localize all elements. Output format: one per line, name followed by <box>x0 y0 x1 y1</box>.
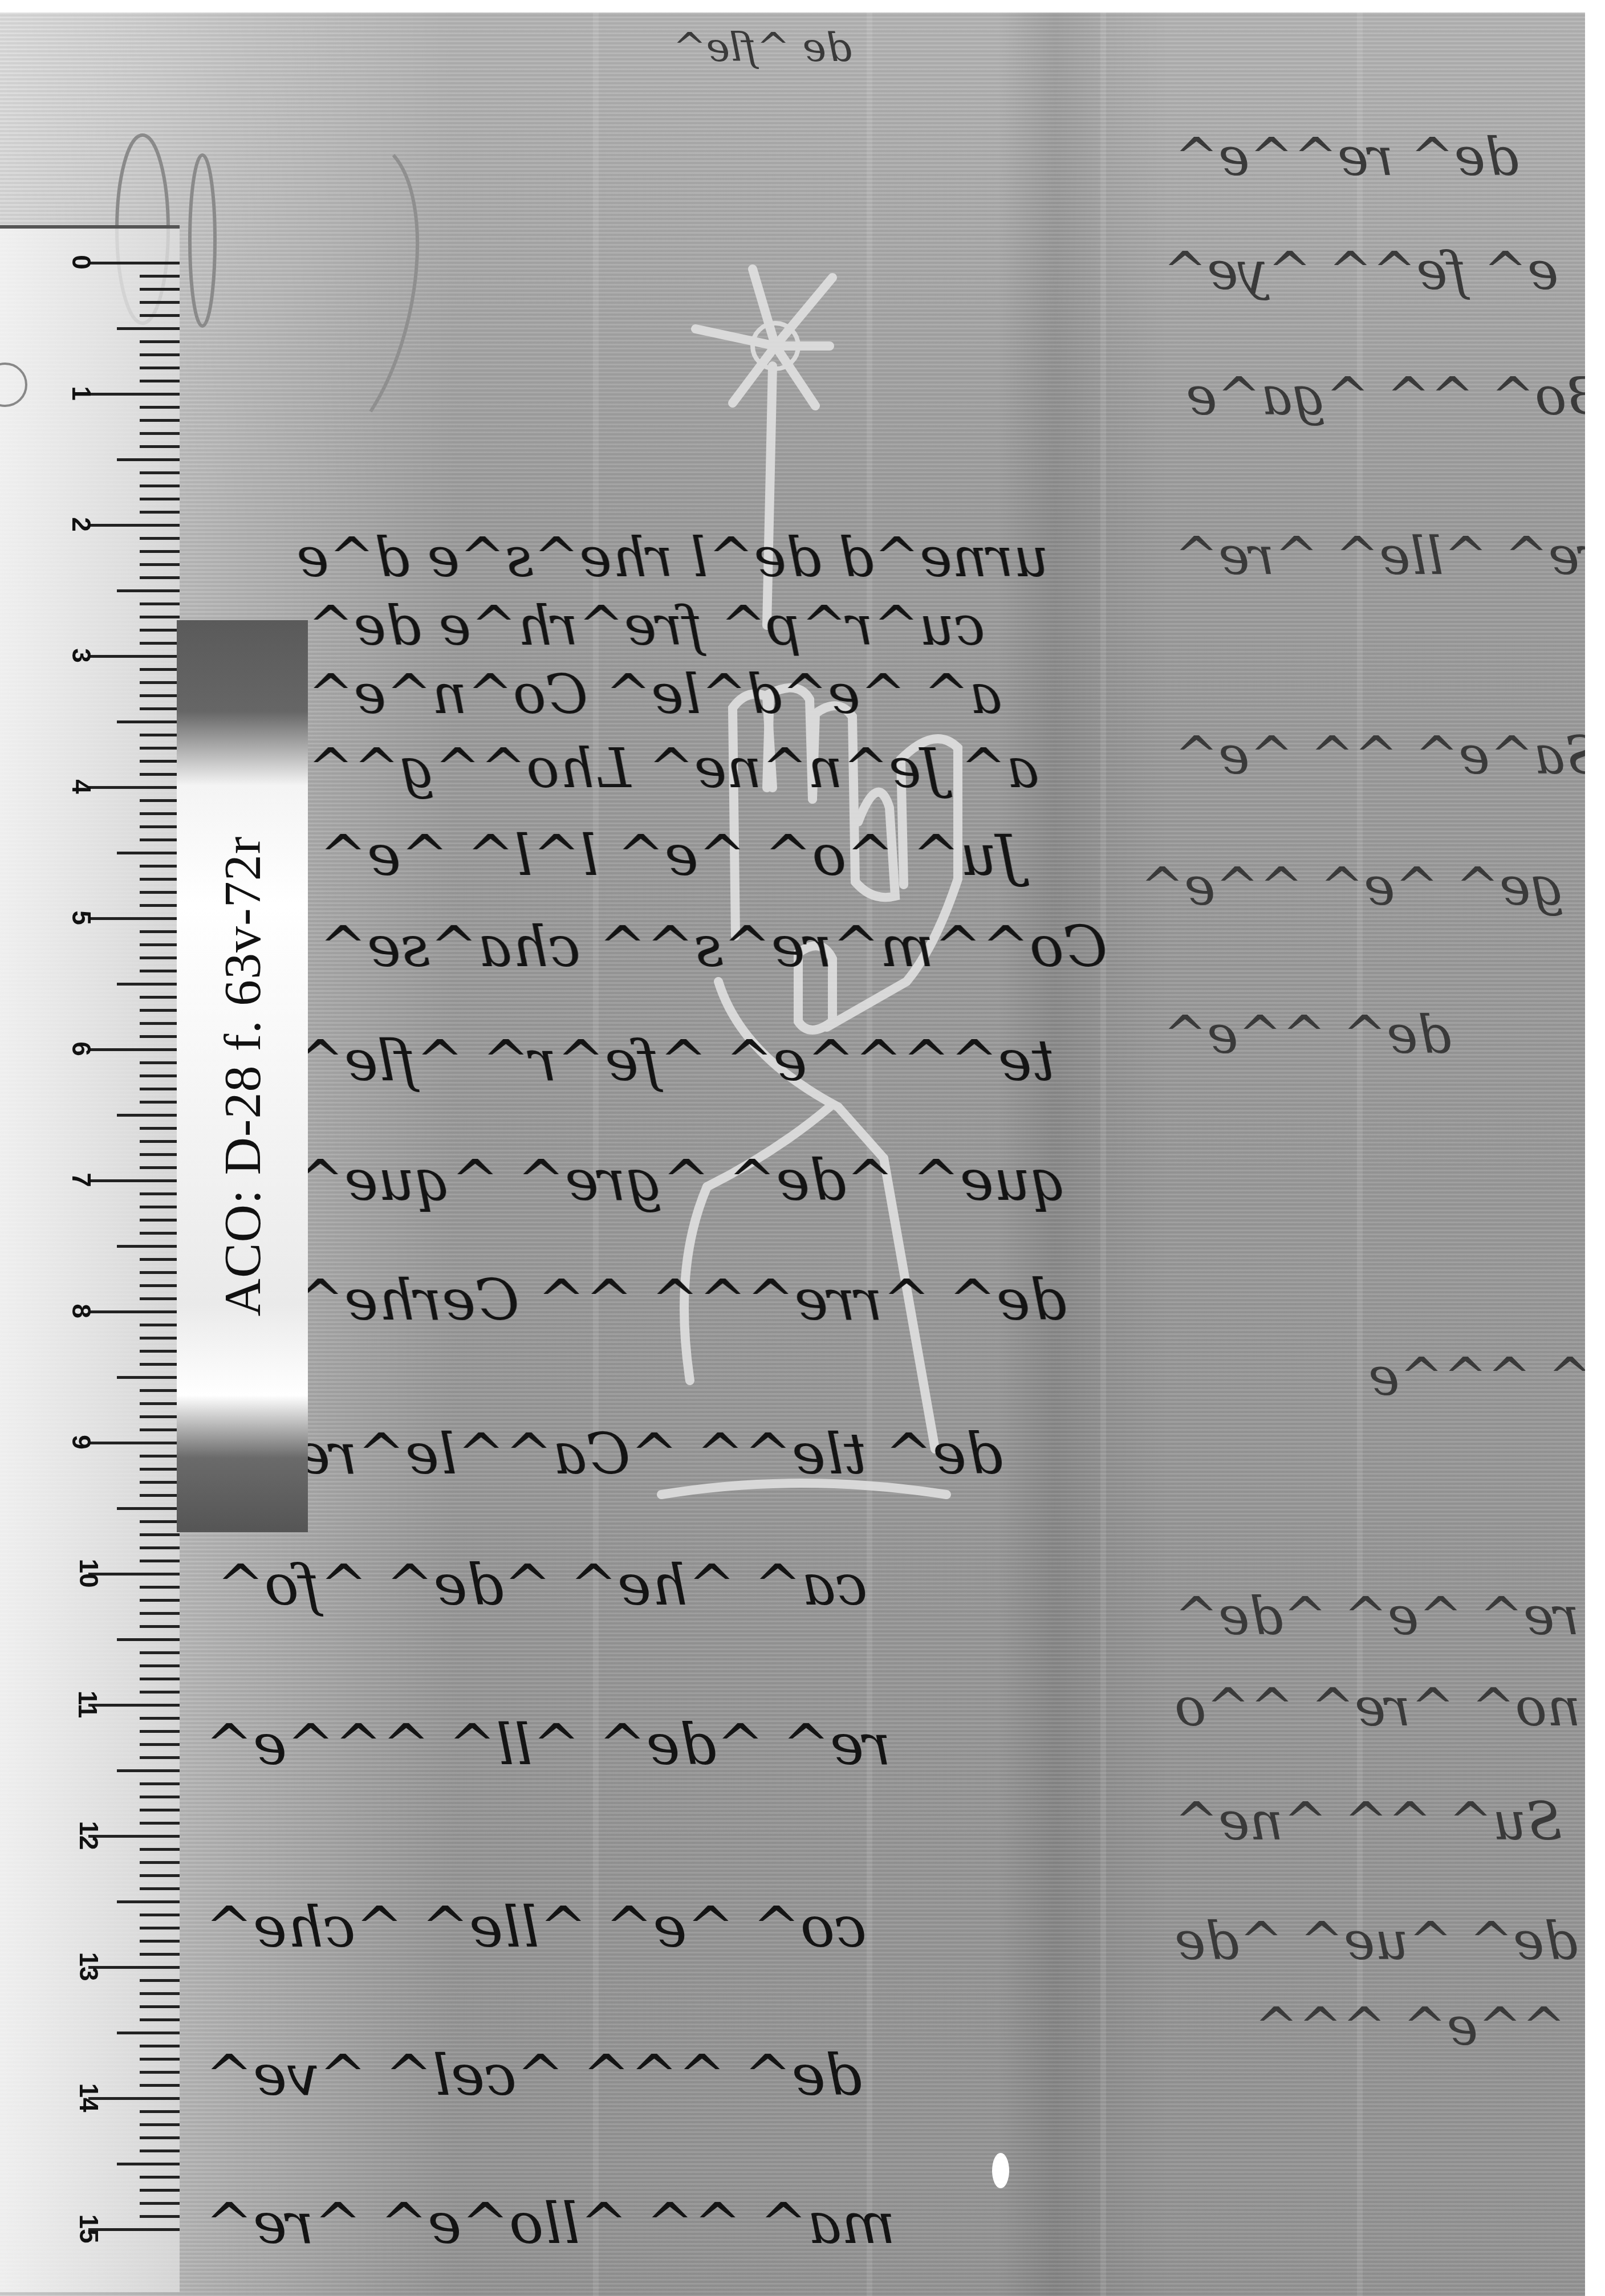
ruler-number: 2 <box>66 517 97 532</box>
ruler-tick <box>140 380 180 382</box>
ruler-tick <box>88 917 180 920</box>
handwriting-line: de^ tle^^ ^Ca^^le^re <box>296 1420 1003 1487</box>
ruler-tick <box>140 1809 180 1811</box>
handwriting-line: Su^ ^^ ^ne^ <box>1175 1791 1562 1852</box>
ruler-tick <box>88 1048 180 1051</box>
ruler-number: 10 <box>74 1558 104 1587</box>
ruler-tick <box>140 707 180 710</box>
ruler-tick <box>140 301 180 304</box>
handwriting-line: urne^d de^l rhe^s^e d^e <box>296 526 1049 589</box>
ruler-tick <box>140 1599 180 1602</box>
handwriting-line: ge^ ^e^ ^^e^ <box>1140 856 1564 917</box>
handwriting-line: te^^^^e^ ^fe^r^ ^fle^ <box>296 1027 1055 1094</box>
ruler-tick <box>140 1415 180 1418</box>
ruler-tick <box>140 996 180 999</box>
ruler-tick <box>88 262 180 264</box>
ruler-tick <box>140 838 180 841</box>
handwriting-line: no^ ^re^ ^^o <box>1175 1677 1580 1738</box>
handwriting-line: de^ ^^^ ^cel^ ^ve^ <box>205 2042 862 2108</box>
ruler-number: 15 <box>74 2214 104 2243</box>
ruler-tick <box>140 1232 180 1235</box>
ruler-number: 8 <box>66 1304 97 1318</box>
ruler-tick <box>88 1442 180 1444</box>
ruler-tick <box>140 1927 180 1929</box>
handwriting-line: e^ fe^^ ^ye^ <box>1163 241 1558 302</box>
handwriting-line: ma^ ^^ ^llo^e^ ^re^ <box>205 2190 895 2257</box>
ruler-tick <box>140 747 180 750</box>
ruler-tick <box>117 2032 180 2034</box>
ruler-tick <box>117 1114 180 1117</box>
ruler-tick <box>140 668 180 671</box>
ruler-tick <box>88 393 180 396</box>
ruler-tick <box>140 1625 180 1628</box>
ruler-tick <box>117 2163 180 2165</box>
ruler-tick <box>140 1520 180 1523</box>
ruler-tick <box>140 1914 180 1916</box>
handwriting-line: re^ ^lle^ ^re^ <box>1175 526 1585 587</box>
ruler-tick <box>140 485 180 487</box>
ruler-tick <box>117 1900 180 1903</box>
ruler-tick <box>140 642 180 645</box>
handwriting-fragment: de ^fle^ <box>673 24 852 71</box>
ruler-tick <box>140 1651 180 1654</box>
ruler-number: 11 <box>72 1691 103 1719</box>
ruler-tick <box>140 1455 180 1458</box>
ruler-tick <box>140 2150 180 2152</box>
handwriting-line: Ju^ ^o^ ^e^ l^l^ ^e^ <box>319 822 1019 889</box>
ruler-tick <box>140 498 180 500</box>
ruler-number: 5 <box>66 910 97 925</box>
ruler-tick <box>140 1140 180 1143</box>
ruler-tick <box>140 943 180 946</box>
ruler-tick <box>140 1009 180 1012</box>
ruler-tick <box>140 629 180 632</box>
ruler-tick <box>140 904 180 907</box>
ruler-tick <box>140 2136 180 2139</box>
ruler-tick <box>140 1887 180 1890</box>
handwriting-line: a^ Je^n^ne^ Lho^^g^^ <box>308 736 1039 800</box>
ruler-tick <box>117 1507 180 1510</box>
ruler-tick <box>140 1363 180 1366</box>
ruler-tick <box>140 1035 180 1038</box>
ruler-tick <box>140 2176 180 2179</box>
ruler-tick <box>140 1586 180 1589</box>
measuring-ruler: 0123456789101112131415 <box>0 225 180 2292</box>
ruler-tick <box>140 445 180 448</box>
ruler-tick <box>140 1166 180 1169</box>
ruler-tick <box>140 970 180 972</box>
ruler-number: 4 <box>66 779 97 794</box>
ruler-tick <box>140 288 180 291</box>
ruler-tick <box>88 655 180 658</box>
ruler-tick <box>140 1992 180 1995</box>
ruler-tick <box>140 799 180 802</box>
ruler-tick <box>140 1546 180 1549</box>
ruler-tick <box>140 1796 180 1798</box>
handwriting-line: de^ re^^e^ <box>1175 127 1519 188</box>
ruler-tick <box>140 1953 180 1956</box>
handwriting-line: a^ ^e^d^le^ Co^n^e^ <box>308 662 1002 726</box>
ruler-tick <box>140 2018 180 2021</box>
ruler-tick <box>140 734 180 736</box>
archive-shelfmark-label: ACO: D-28 f. 63v-72r <box>177 620 308 1532</box>
ruler-tick <box>140 537 180 540</box>
ruler-tick <box>88 524 180 527</box>
ruler-tick <box>140 1324 180 1326</box>
ruler-tick <box>140 1678 180 1680</box>
ruler-tick <box>140 1297 180 1300</box>
ruler-tick <box>140 2071 180 2074</box>
handwriting-line: re^ ^e^ ^de^ <box>1175 1586 1579 1647</box>
ruler-tick <box>140 1153 180 1156</box>
handwriting-line: Sa^e^ ^^ ^e^ <box>1175 725 1585 786</box>
handwriting-line: cu^r^p^ fre^rh^e de^ <box>308 594 985 658</box>
ruler-tick <box>117 1245 180 1248</box>
ruler-number: 12 <box>74 1821 104 1850</box>
ruler-tick <box>140 1074 180 1077</box>
ruler-tick <box>140 1940 180 1943</box>
ruler-tick <box>140 603 180 605</box>
ruler-tick <box>140 1691 180 1693</box>
ruler-tick <box>117 1376 180 1379</box>
ruler-tick <box>140 616 180 618</box>
ruler-tick <box>140 511 180 514</box>
ruler-tick <box>140 1350 180 1353</box>
ruler-tick <box>140 773 180 776</box>
ruler-tick <box>140 1612 180 1615</box>
ruler-tick <box>140 1022 180 1025</box>
ruler-tick <box>140 2058 180 2061</box>
ruler-tick <box>117 458 180 461</box>
handwriting-line: le^ ^ce^ ^^^e <box>1368 1346 1585 1407</box>
ruler-tick <box>140 432 180 435</box>
ruler-tick <box>140 1271 180 1274</box>
ruler-tick <box>140 2202 180 2205</box>
ruler-tick <box>140 1560 180 1562</box>
ruler-tick <box>140 471 180 474</box>
ruler-tick <box>140 825 180 828</box>
ruler-tick <box>140 1061 180 1064</box>
ruler-tick <box>140 1979 180 1982</box>
ruler-number: 9 <box>66 1435 97 1450</box>
handwriting-line: Bo^ ^^ ^ga^e <box>1186 366 1585 427</box>
ruler-tick <box>117 327 180 330</box>
ruler-tick <box>140 340 180 343</box>
ruler-tick <box>140 760 180 763</box>
ruler-tick <box>117 720 180 723</box>
ruler-tick <box>140 891 180 894</box>
ruler-tick <box>140 1664 180 1667</box>
ruler-number: 6 <box>66 1041 97 1056</box>
ruler-tick <box>140 1533 180 1536</box>
handwriting-line: co^ ^e^ ^lle^ ^che^ <box>205 1894 867 1960</box>
ruler-number: 1 <box>66 386 97 401</box>
ruler-tick <box>140 1127 180 1130</box>
ruler-tick <box>140 2123 180 2126</box>
ruler-tick <box>140 1402 180 1405</box>
ruler-tick <box>140 812 180 815</box>
ruler-tick <box>140 1848 180 1851</box>
ruler-tick <box>117 589 180 592</box>
ruler-number: 13 <box>74 1952 104 1981</box>
handwriting-line: de^ ^ue^ ^de <box>1175 1911 1578 1972</box>
ruler-tick <box>140 930 180 933</box>
ruler-tick <box>140 406 180 409</box>
ruler-tick <box>140 1874 180 1877</box>
ruler-tick <box>140 2084 180 2087</box>
ruler-tick <box>140 1822 180 1825</box>
ruler-tick <box>140 1743 180 1746</box>
ruler-tick <box>140 878 180 881</box>
ruler-tick <box>140 694 180 697</box>
ruler-tick <box>140 367 180 369</box>
star-icon <box>696 269 832 406</box>
ruler-tick <box>140 1206 180 1208</box>
ruler-tick <box>140 1861 180 1864</box>
ruler-tick <box>140 1782 180 1785</box>
shelfmark-text: ACO: D-28 f. 63v-72r <box>212 836 273 1317</box>
ruler-tick <box>140 2189 180 2192</box>
ruler-tick <box>140 1494 180 1497</box>
ruler-tick <box>140 865 180 868</box>
ruler-number: 14 <box>74 2083 104 2112</box>
ruler-logo-icon <box>0 363 27 407</box>
ruler-tick <box>140 563 180 566</box>
ruler-tick <box>140 2215 180 2218</box>
paper-hole <box>992 2153 1009 2188</box>
ruler-tick <box>140 1258 180 1261</box>
ruler-tick <box>140 2045 180 2047</box>
ruler-tick <box>88 1179 180 1182</box>
ruler-tick <box>140 2005 180 2008</box>
ruler-tick <box>140 1730 180 1733</box>
ruler-tick <box>140 1481 180 1484</box>
ruler-tick <box>140 550 180 553</box>
handwriting-line: de^ ^^e^ <box>1163 1004 1451 1065</box>
ruler-number: 0 <box>66 255 97 270</box>
ruler-tick <box>140 1192 180 1195</box>
ruler-tick <box>140 956 180 959</box>
ruler-tick <box>140 1284 180 1287</box>
ruler-tick <box>140 2110 180 2113</box>
ruler-tick <box>140 1101 180 1104</box>
handwriting-line: que^ ^de^ ^gre^ ^que^ <box>296 1147 1067 1214</box>
ruler-tick <box>140 1717 180 1720</box>
ruler-number: 7 <box>66 1173 97 1187</box>
ruler-tick <box>140 353 180 356</box>
ruler-number: 3 <box>66 648 97 663</box>
ruler-tick <box>140 1389 180 1392</box>
ruler-tick <box>117 852 180 854</box>
handwriting-line: ^^e^ ^^^ <box>1254 1996 1566 2057</box>
ruler-tick <box>140 1756 180 1759</box>
handwriting-line: de^ ^rre^^^ ^^ Cerhe^ <box>296 1267 1067 1333</box>
ruler-tick <box>117 1638 180 1641</box>
ruler-tick <box>140 419 180 422</box>
handwriting-line: re^ ^de^ ^ll^ ^^^e^ <box>205 1711 891 1778</box>
ruler-tick <box>140 1428 180 1431</box>
ruler-tick <box>140 1468 180 1471</box>
handwriting-line: ca^ ^he^ ^de^ ^fo^ <box>217 1552 868 1618</box>
handwriting-line: Co^^m^re^s^^ cha^se^ <box>319 913 1107 980</box>
ruler-tick <box>140 1219 180 1222</box>
ruler-tick <box>140 681 180 684</box>
ruler-tick <box>117 983 180 986</box>
ruler-tick <box>88 1310 180 1313</box>
ruler-tick <box>140 1088 180 1090</box>
ruler-tick <box>88 786 180 789</box>
ruler-tick <box>140 314 180 317</box>
ruler-tick <box>140 1337 180 1340</box>
ruler-tick <box>140 275 180 278</box>
ruler-tick <box>117 1769 180 1772</box>
ruler-tick <box>140 576 180 579</box>
